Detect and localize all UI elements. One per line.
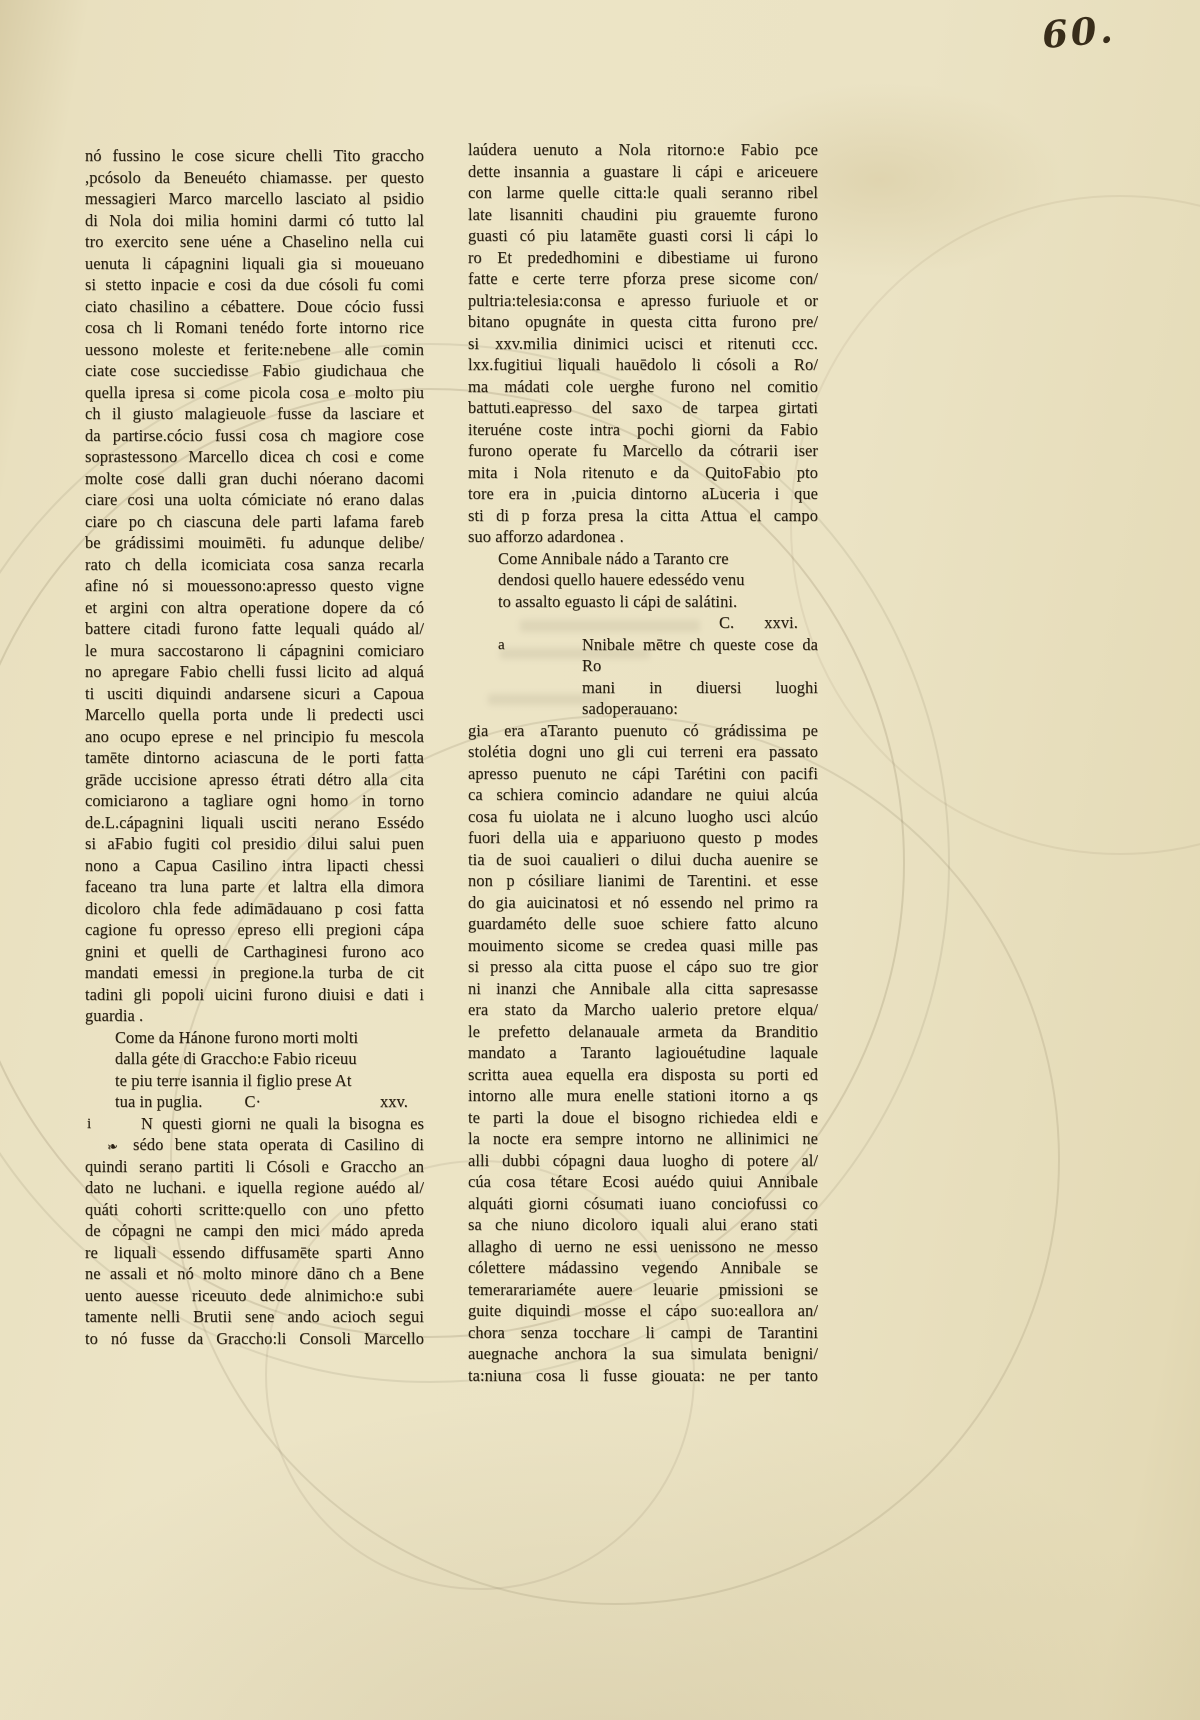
heading-last-row: tua in puglia. C· xxv.	[115, 1091, 424, 1113]
text-line: ni inanzi che Annibale alla citta sapres…	[468, 978, 818, 1000]
text-line: guite diquindi mosse el cápo suo:eallora…	[468, 1300, 818, 1322]
text-line: si aFabio fugiti col presidio dilui salu…	[85, 833, 424, 855]
text-line: ch il giusto malagieuole fusse da lascia…	[85, 403, 424, 425]
text-line: dalla géte di Graccho:e Fabio riceuu	[115, 1048, 424, 1070]
chapter-heading-xxvi: Come Annibale nádo a Taranto credendosi …	[468, 548, 818, 634]
text-line: ,pcósolo da Beneuéto chiamasse. per ques…	[85, 167, 424, 189]
text-line: no apregare Fabio chelli fussi licito ad…	[85, 661, 424, 683]
text-line: dette insannia a guastare li cápi e aric…	[468, 161, 818, 183]
text-line: la nocte era sempre intorno ne allinimic…	[468, 1128, 818, 1150]
text-line: suo afforzo adardonea .	[468, 526, 818, 548]
text-line: to assalto eguasto li cápi de salátini.	[498, 591, 818, 613]
text-line: cosa ch li Romani tenédo forte intorno r…	[85, 317, 424, 339]
handwritten-folio-number: 60.	[1040, 7, 1117, 57]
text-line: Marcello quella porta unde li predecti u…	[85, 704, 424, 726]
text-line: mandati emessi in pregione.la turba de c…	[85, 962, 424, 984]
text-line: te piu terre isannia il figlio prese At	[115, 1070, 424, 1092]
text-line: allagho di uerno ne essi uenissono ne me…	[468, 1236, 818, 1258]
text-line: era stato da Marcho ualerio pretore elqu…	[468, 999, 818, 1021]
text-line: to nó fusse da Graccho:li Consoli Marcel…	[85, 1328, 424, 1350]
text-line: comiciarono a tagliare ogni homo in torn…	[85, 790, 424, 812]
text-line: Come Annibale nádo a Taranto cre	[498, 548, 818, 570]
text-line: si stetto inpacie e cosi da due cósoli f…	[85, 274, 424, 296]
text-line: ciate cose succiedisse Fabio giudichaua …	[85, 360, 424, 382]
text-line: temerarariaméte auere leuarie pmissioni …	[468, 1279, 818, 1301]
text-line: ciato chasilino a cébattere. Doue cócio …	[85, 296, 424, 318]
paragraph: gia era aTaranto puenuto có grádissima p…	[468, 720, 818, 1387]
text-line: pultria:telesia:consa e apresso furiuole…	[468, 290, 818, 312]
paragraph: nó fussino le cose sicure chelli Tito gr…	[85, 145, 424, 1005]
text-line: lxx.fugitiui liquali hauēdolo li cósoli …	[468, 354, 818, 376]
text-line: apresso puenuto ne cápi Tarétini con pac…	[468, 763, 818, 785]
text-line: battuti.eapresso del saxo de tarpea girt…	[468, 397, 818, 419]
text-line: N questi giorni ne quali la bisogna es	[141, 1114, 424, 1133]
text-line: gnini et quelli de Carthaginesi furono a…	[85, 941, 424, 963]
text-line: grāde uccisione apresso étrati détro all…	[85, 769, 424, 791]
text-line: te parti la doue el bisogno richiedea el…	[468, 1107, 818, 1129]
text-line: ca schiera comincio adandare ne quiui al…	[468, 784, 818, 806]
text-line: de cópagni ne campi den mici mádo apreda	[85, 1220, 424, 1242]
text-line: alquáti giorni cósumati iuano conciofuss…	[468, 1193, 818, 1215]
text-line: dicoloro chla fede adimādauano p cosi fa…	[85, 898, 424, 920]
text-line: fatte e certe terre pforza prese sicome …	[468, 268, 818, 290]
text-line: guardia .	[85, 1005, 424, 1027]
text-line: sa che niuno dicoloro iquali alui erano …	[468, 1214, 818, 1236]
text-line: ne assali et nó molto minore dāno ch a B…	[85, 1263, 424, 1285]
text-line: faceano tra luna parte et laltra ella di…	[85, 876, 424, 898]
guide-letter: i	[87, 1114, 91, 1136]
text-line: tro exercito sene uéne a Chaselino nella…	[85, 231, 424, 253]
text-line: bitano opugnáte in questa citta furono p…	[468, 311, 818, 333]
heading-last-row: C. xxvi.	[498, 612, 818, 634]
text-line: intorno alle mura enelle stationi itorno…	[468, 1085, 818, 1107]
text-line: chora senza tocchare li campi de Taranti…	[468, 1322, 818, 1344]
text-line: le prefetto delanauale armeta da Brandit…	[468, 1021, 818, 1043]
text-line: uessono moleste et ferite:nebene alle co…	[85, 339, 424, 361]
heading-lines: Come Annibale nádo a Taranto credendosi …	[498, 548, 818, 613]
text-line: ma mádati cole uerghe furono nel comitio	[468, 376, 818, 398]
text-line: molte cose dalli gran duchi nóerano daco…	[85, 468, 424, 490]
paragraph: quindi serano partiti li Cósoli e Gracch…	[85, 1156, 424, 1350]
text-line: guasti có piu latamēte guasti corsi li c…	[468, 225, 818, 247]
text-line: soprastessono Marcello dicea ch cosi e c…	[85, 446, 424, 468]
chapter-number: xxv.	[380, 1091, 424, 1113]
text-line: furono operate fu Marcello da cótrarii i…	[468, 440, 818, 462]
heading-tail: tua in puglia.	[115, 1091, 202, 1113]
text-line: ro Et prededhomini e dibestiame ui furon…	[468, 247, 818, 269]
text-line: si xxv.milia dinimici ucisci et ritenuti…	[468, 333, 818, 355]
text-line: mani in diuersi luoghi sadoperauano:	[582, 678, 818, 719]
text-line: non p cósiliare lianimi de Tarentini. et…	[468, 870, 818, 892]
chapter-heading-xxv: Come da Hánone furono morti moltidalla g…	[85, 1027, 424, 1113]
guide-letter: a	[498, 635, 505, 657]
text-line: tamēte dintorno aciascuna de le porti fa…	[85, 747, 424, 769]
text-line: alli dubbi cópagni daua luogho di potere…	[468, 1150, 818, 1172]
text-line: re liquali essendo diffusamēte sparti An…	[85, 1242, 424, 1264]
text-line: sti di p forza presa la citta Attua el c…	[468, 505, 818, 527]
text-line: et argini con altra operatione dopere da…	[85, 597, 424, 619]
text-line: dendosi quello hauere edessédo venu	[498, 569, 818, 591]
text-line: do gia auicinatosi et nó essendo nel pri…	[468, 892, 818, 914]
text-line: afine nó si mouessono:apresso questo vig…	[85, 575, 424, 597]
text-column-left: nó fussino le cose sicure chelli Tito gr…	[85, 145, 424, 1349]
text-line: auegnache anchora la sua simulata benign…	[468, 1343, 818, 1365]
text-line: gia era aTaranto puenuto có grádissima p…	[468, 720, 818, 742]
text-line: ciare cosi una uolta cómiciate nó erano …	[85, 489, 424, 511]
chapter-opening-line: ❧ sédo bene stata operata di Casilino di	[85, 1134, 424, 1156]
text-line: le mura saccostarono li cápagnini comici…	[85, 640, 424, 662]
chapter-opening-line: a Nnibale mētre ch queste cose da Ro	[468, 634, 818, 677]
text-line: cólettere mádassino vegendo Annibale se	[468, 1257, 818, 1279]
text-column-right: laúdera uenuto a Nola ritorno:e Fabio pc…	[468, 139, 818, 1386]
chapter-label: C.	[719, 612, 734, 634]
text-line: tia de suoi caualieri o dilui ducha auen…	[468, 849, 818, 871]
text-line: da partirse.cócio fussi cosa ch magiore …	[85, 425, 424, 447]
text-line: uento auesse riceuuto dede alnimicho:e s…	[85, 1285, 424, 1307]
text-line: tamente nelli Brutii sene ando acioch se…	[85, 1306, 424, 1328]
text-line: sédo bene stata operata di Casilino di	[133, 1135, 424, 1154]
text-line: late lisanniti chaudini piu grauemte fur…	[468, 204, 818, 226]
text-line: Nnibale mētre ch queste cose da Ro	[582, 635, 818, 676]
text-line: mouimento sicome se credea quasi mille p…	[468, 935, 818, 957]
text-line: con larme quelle citta:le quali seranno …	[468, 182, 818, 204]
text-line: scritta auea equella era disposta su por…	[468, 1064, 818, 1086]
scanned-book-page: 60. nó fussino le cose sicure chelli Tit…	[0, 0, 1200, 1720]
text-line: rato ch della icomiciata cosa sanza reca…	[85, 554, 424, 576]
text-line: nó fussino le cose sicure chelli Tito gr…	[85, 145, 424, 167]
text-line: ti usciti diquindi andarsene sicuri a Ca…	[85, 683, 424, 705]
chapter-opening-line: i N questi giorni ne quali la bisogna es	[85, 1113, 424, 1135]
fleuron-icon: ❧	[105, 1135, 120, 1158]
heading-lines: Come da Hánone furono morti moltidalla g…	[115, 1027, 424, 1092]
text-line: laúdera uenuto a Nola ritorno:e Fabio pc…	[468, 139, 818, 161]
text-line: de.L.cápagnini liquali usciti nerano Ess…	[85, 812, 424, 834]
chapter-number: xxvi.	[764, 612, 798, 634]
text-line: Come da Hánone furono morti molti	[115, 1027, 424, 1049]
text-line: mita i Nola ritenuto e da QuitoFabio pto	[468, 462, 818, 484]
chapter-opening-line: mani in diuersi luoghi sadoperauano:	[468, 677, 818, 720]
text-line: stolétia dogni uno gli cui terreni era p…	[468, 741, 818, 763]
text-line: tadini gli popoli uicini furono diuisi e…	[85, 984, 424, 1006]
text-line: dato ne luchani. e iquella regione auédo…	[85, 1177, 424, 1199]
chapter-label: C·	[244, 1091, 261, 1113]
text-line: quáti cohorti scritte:quello con uno pfe…	[85, 1199, 424, 1221]
text-line: mandato a Taranto lagiouétudine laquale	[468, 1042, 818, 1064]
text-line: si presso ala citta puose el cápo suo tr…	[468, 956, 818, 978]
text-line: messagieri Marco marcello lasciato al ps…	[85, 188, 424, 210]
text-line: ta:niuna cosa li fusse giouata: ne per t…	[468, 1365, 818, 1387]
text-line: battere citadi furono fatte lequali quád…	[85, 618, 424, 640]
text-line: fuori della uia e appariuono questo p mo…	[468, 827, 818, 849]
text-line: tore era in ,puicia dintorno aLuceria i …	[468, 483, 818, 505]
text-line: cosa fu uiolata ne i alcuno luogho usci …	[468, 806, 818, 828]
text-line: uenuta li cápagnini liquali gia si moueu…	[85, 253, 424, 275]
text-line: di Nola doi milia homini darmi có tutto …	[85, 210, 424, 232]
text-line: cagione fu opresso epreso elli pregioni …	[85, 919, 424, 941]
paragraph: laúdera uenuto a Nola ritorno:e Fabio pc…	[468, 139, 818, 526]
text-line: be grádissimi mouimēti. fu adunque delib…	[85, 532, 424, 554]
text-line: guardaméto delle suoe schiere fatto alcu…	[468, 913, 818, 935]
text-line: ano ocupo eprese e nel principio fu mesc…	[85, 726, 424, 748]
text-line: iteruéne coste intra pochi giorni da Fab…	[468, 419, 818, 441]
blind-stamp-ring	[790, 195, 1200, 855]
text-line: quindi serano partiti li Cósoli e Gracch…	[85, 1156, 424, 1178]
text-line: quella ipresa si come picola cosa e molt…	[85, 382, 424, 404]
text-line: ciare po ch ciascuna dele parti lafama f…	[85, 511, 424, 533]
text-line: nono a Capua Casilino intra lipacti ches…	[85, 855, 424, 877]
text-line: cúa cosa tétare Ecosi auédo quiui Anniba…	[468, 1171, 818, 1193]
